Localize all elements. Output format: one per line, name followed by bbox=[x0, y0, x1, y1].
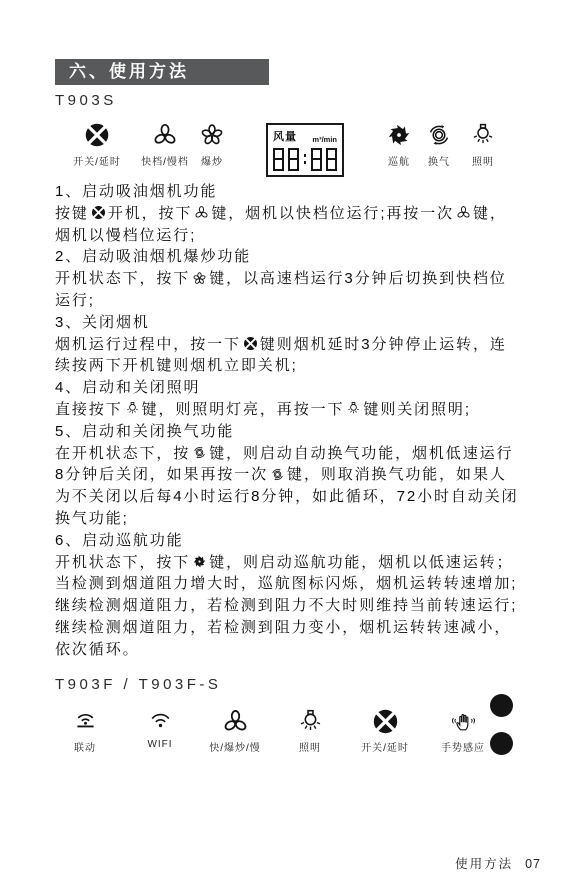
instruction-text: 键， bbox=[473, 205, 507, 222]
instruction-text: 为不关闭以后每4小时运行8分钟，如此循环，72小时自动关闭 bbox=[55, 488, 518, 505]
instruction-line: 烟机运行过程中，按一下键则烟机延时3分钟停止运转，连 bbox=[55, 334, 547, 356]
control-power: 开关/延时 bbox=[345, 708, 425, 754]
instruction-line: 5、启动和关闭换气功能 bbox=[55, 421, 547, 443]
power-icon bbox=[91, 205, 106, 220]
vent-icon bbox=[192, 445, 207, 460]
instruction-text: 换气功能; bbox=[55, 510, 129, 527]
instruction-text: 键则烟机延时3分钟停止运转，连 bbox=[260, 336, 507, 353]
control-linkage: 联动 bbox=[45, 708, 125, 754]
air-volume-label: 风量 bbox=[273, 128, 297, 144]
hand-icon bbox=[450, 708, 477, 735]
control-power: 开关/延时 bbox=[65, 122, 129, 168]
instruction-text: 直接按下 bbox=[55, 401, 123, 418]
section-title: 六、使用方法 bbox=[55, 59, 269, 85]
wifi-icon bbox=[147, 708, 174, 735]
control-label: 照明 bbox=[472, 153, 494, 168]
control-label: 手势感应 bbox=[441, 739, 485, 754]
display-colon bbox=[304, 148, 307, 171]
t903s-control-panel: 风量 m³/min 开关/延时快档/慢档爆炒巡航换气照明 bbox=[0, 122, 582, 180]
instruction-line: 开机状态下，按下键，以高速档运行3分钟后切换到快档位 bbox=[55, 268, 547, 290]
page-number: 07 bbox=[525, 857, 541, 871]
manual-page: 六、使用方法 T903S 风量 m³/min 开关/延时快档/慢档爆炒巡航换气照… bbox=[0, 0, 582, 896]
instruction-line: 依次循环。 bbox=[55, 639, 547, 661]
instruction-line: 继续检测烟道阻力，若检测到阻力不大时则维持当前转速运行; bbox=[55, 595, 547, 617]
footer-section-label: 使用方法 bbox=[455, 857, 513, 871]
instruction-text: 5、启动和关闭换气功能 bbox=[55, 423, 234, 440]
display-digit bbox=[273, 148, 284, 171]
instruction-text: 6、启动巡航功能 bbox=[55, 532, 184, 549]
fan5-icon bbox=[192, 271, 207, 286]
instruction-text: 键，烟机以快档位运行;再按一次 bbox=[211, 205, 454, 222]
instruction-line: 直接按下键，则照明灯亮，再按一下键则关闭照明; bbox=[55, 399, 547, 421]
control-label: WIFI bbox=[147, 739, 172, 750]
instruction-line: 8分钟后关闭，如果再按一次键，则取消换气功能，如果人 bbox=[55, 464, 547, 486]
air-volume-display: 风量 m³/min bbox=[266, 123, 344, 177]
instruction-text: 运行; bbox=[55, 292, 95, 309]
vent-icon bbox=[426, 122, 452, 149]
instruction-text: 键，则取消换气功能，如果人 bbox=[287, 466, 507, 483]
instruction-text: 键，则照明灯亮，再按一下 bbox=[142, 401, 345, 418]
display-digit bbox=[326, 148, 337, 171]
control-bulb: 照明 bbox=[270, 708, 350, 754]
instruction-text: 开机状态下，按下 bbox=[55, 270, 190, 287]
control-fan5: 爆炒 bbox=[180, 122, 244, 168]
bulb-icon bbox=[346, 401, 361, 416]
control-wifi: WIFI bbox=[120, 708, 200, 750]
instruction-text: 续按两下开机键则烟机立即关机; bbox=[55, 357, 298, 374]
control-label: 开关/延时 bbox=[73, 153, 121, 168]
control-label: 快/爆炒/慢 bbox=[209, 739, 261, 754]
power-icon bbox=[243, 336, 258, 351]
fan3-icon bbox=[152, 122, 178, 149]
bulb-icon bbox=[470, 122, 496, 149]
instruction-text: 依次循环。 bbox=[55, 641, 140, 658]
display-digit bbox=[288, 148, 299, 171]
instruction-text: 当检测到烟道阻力增大时，巡航图标闪烁，烟机运转转速增加; bbox=[55, 575, 517, 592]
instruction-line: 运行; bbox=[55, 290, 547, 312]
fan5-icon bbox=[199, 122, 225, 149]
instruction-line: 开机状态下，按下键，则启动巡航功能，烟机以低速运转； bbox=[55, 552, 547, 574]
instruction-line: 为不关闭以后每4小时运行8分钟，如此循环，72小时自动关闭 bbox=[55, 486, 547, 508]
control-label: 爆炒 bbox=[201, 153, 223, 168]
instruction-text: 2、启动吸油烟机爆炒功能 bbox=[55, 248, 251, 265]
instruction-line: 烟机以慢档位运行; bbox=[55, 225, 547, 247]
power-icon bbox=[84, 122, 110, 149]
control-fan3: 快/爆炒/慢 bbox=[195, 708, 275, 754]
instruction-line: 在开机状态下，按键，则启动自动换气功能，烟机低速运行 bbox=[55, 443, 547, 465]
instruction-text: 开机状态下，按下 bbox=[55, 554, 190, 571]
instruction-text: 在开机状态下，按 bbox=[55, 445, 190, 462]
instruction-text: 1、启动吸油烟机功能 bbox=[55, 183, 217, 200]
instruction-text: 键，以高速档运行3分钟后切换到快档位 bbox=[209, 270, 507, 287]
instruction-line: 换气功能; bbox=[55, 508, 547, 530]
bulb-icon bbox=[125, 401, 140, 416]
instruction-line: 按键开机，按下键，烟机以快档位运行;再按一次键， bbox=[55, 203, 547, 225]
power-icon bbox=[372, 708, 399, 735]
instruction-line: 4、启动和关闭照明 bbox=[55, 377, 547, 399]
instruction-text: 烟机以慢档位运行; bbox=[55, 227, 196, 244]
instruction-line: 1、启动吸油烟机功能 bbox=[55, 181, 547, 203]
instruction-text: 按键 bbox=[55, 205, 89, 222]
instruction-text: 继续检测烟道阻力，若检测到阻力不大时则维持当前转速运行; bbox=[55, 597, 517, 614]
page-footer: 使用方法07 bbox=[455, 854, 541, 872]
instruction-text: 开机，按下 bbox=[108, 205, 193, 222]
instruction-text: 键，则启动自动换气功能，烟机低速运行 bbox=[209, 445, 513, 462]
seven-segment-digits bbox=[273, 147, 337, 171]
fan3-icon bbox=[194, 205, 209, 220]
control-bulb: 照明 bbox=[451, 122, 515, 168]
control-label: 开关/延时 bbox=[361, 739, 409, 754]
model-title-t903s: T903S bbox=[55, 92, 117, 109]
instruction-line: 2、启动吸油烟机爆炒功能 bbox=[55, 246, 547, 268]
cruise-icon bbox=[192, 554, 207, 569]
control-label: 照明 bbox=[299, 739, 321, 754]
indicator-dot bbox=[490, 694, 513, 717]
instruction-line: 6、启动巡航功能 bbox=[55, 530, 547, 552]
indicator-dot bbox=[490, 732, 513, 755]
model-title-t903f: T903F / T903F-S bbox=[55, 676, 221, 693]
usage-instructions: 1、启动吸油烟机功能按键开机，按下键，烟机以快档位运行;再按一次键，烟机以慢档位… bbox=[55, 181, 547, 661]
control-label: 换气 bbox=[428, 153, 450, 168]
instruction-line: 当检测到烟道阻力增大时，巡航图标闪烁，烟机运转转速增加; bbox=[55, 573, 547, 595]
bulb-icon bbox=[297, 708, 324, 735]
instruction-line: 续按两下开机键则烟机立即关机; bbox=[55, 355, 547, 377]
fan3-icon bbox=[456, 205, 471, 220]
vent-icon bbox=[270, 467, 285, 482]
control-label: 联动 bbox=[74, 739, 96, 754]
air-volume-unit: m³/min bbox=[312, 135, 337, 144]
instruction-text: 烟机运行过程中，按一下 bbox=[55, 336, 241, 353]
instruction-line: 3、关闭烟机 bbox=[55, 312, 547, 334]
instruction-line: 继续检测烟道阻力，若检测到阻力变小，烟机运转转速减小， bbox=[55, 617, 547, 639]
display-digit bbox=[311, 148, 322, 171]
fan3-icon bbox=[222, 708, 249, 735]
instruction-text: 键，则启动巡航功能，烟机以低速运转； bbox=[209, 554, 513, 571]
linkage-icon bbox=[72, 708, 99, 735]
instruction-text: 键则关闭照明; bbox=[363, 401, 470, 418]
instruction-text: 8分钟后关闭，如果再按一次 bbox=[55, 466, 268, 483]
instruction-text: 3、关闭烟机 bbox=[55, 314, 150, 331]
instruction-text: 继续检测烟道阻力，若检测到阻力变小，烟机运转转速减小， bbox=[55, 619, 511, 636]
instruction-text: 4、启动和关闭照明 bbox=[55, 379, 200, 396]
